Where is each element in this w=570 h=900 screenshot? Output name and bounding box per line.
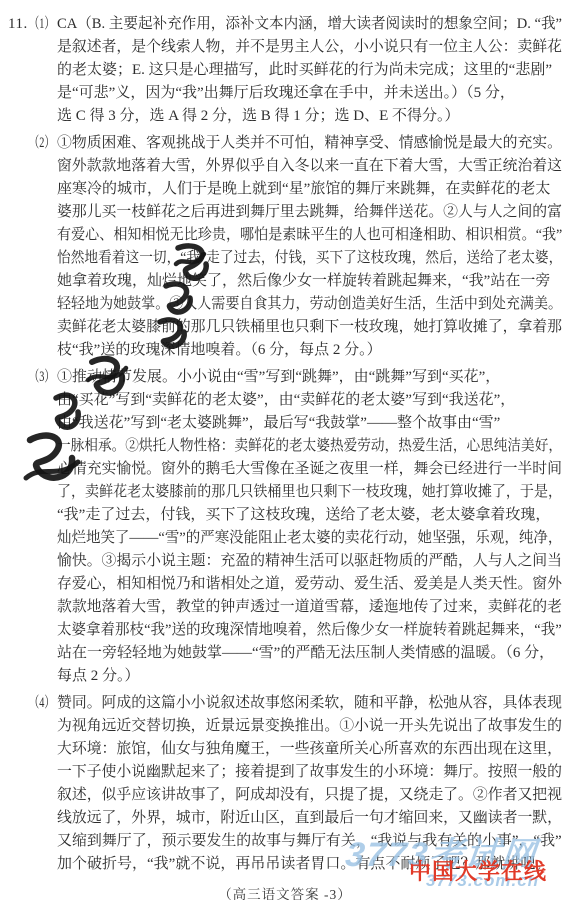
- text-line: 每点 2 分。）: [57, 665, 562, 688]
- text-line: 是“可悲”义，因为“我”出舞厅后玫瑰还拿在手中，并未送出。）（5 分，: [57, 82, 562, 105]
- scanned-answer-page: 11. （1）CA（B. 主要起补充作用，添补文本内涵，增大读者阅读时的想象空间…: [0, 0, 570, 900]
- handwritten-stamp-icon: [18, 240, 218, 490]
- answer-item: （1）CA（B. 主要起补充作用，添补文本内涵，增大读者阅读时的想象空间；D. …: [57, 13, 562, 128]
- text-line: 的老太婆；E. 这只是心理描写，此时买鲜花的行为尚未完成；这里的“悲剧”: [57, 59, 562, 82]
- text-line: 赞同。阿成的这篇小小说叙述故事悠闲柔软，随和平静，松弛从容，具体表现: [57, 692, 557, 715]
- item-label: （4）: [29, 692, 47, 715]
- text-line: ①物质困难、客观挑战于人类并不可怕，精神享受、情感愉悦是最大的充实。: [57, 132, 557, 155]
- text-line: 选 C 得 3 分，选 A 得 2 分，选 B 得 1 分；选 D、E 不得分。…: [57, 105, 562, 128]
- item-label: （2）: [29, 132, 47, 155]
- text-line: 座寒冷的城市，人们于是晚上就到“星”旅馆的舞厅来跳舞，在卖鲜花的老太: [57, 178, 562, 201]
- text-line: 大环境：旅馆，仙女与独角魔王，一些孩童所关心所喜欢的东西出现在这里，: [57, 738, 557, 761]
- text-line: 为视角远近交替切换，近景远景变换推出。①小说一开头先说出了故事发生的: [57, 715, 557, 738]
- item-label: （1）: [29, 13, 47, 36]
- text-line: 叙述，似乎应该讲故事了，阿成却没有，只提了提，又绕走了。②作者又把视: [57, 784, 557, 807]
- text-line: 太婆拿着那枝“我”送的玫瑰深情地嗅着，然后像少女一样旋转着跳起舞来，“我”: [57, 619, 546, 642]
- text-line: 站在一旁轻轻地为她鼓掌——“雪”的严酷无法压制人类情感的温暖。（6 分，: [57, 642, 562, 665]
- text-line: 愉快。③揭示小说主题：充盈的精神生活可以驱赶物质的严酷，人与人之间当: [57, 550, 557, 573]
- question-number: 11.: [8, 13, 28, 36]
- watermark-overlay-text: 中国大学在线: [409, 855, 547, 886]
- text-line: 存爱心，相知相悦乃和谐相处之道，爱劳动、爱生活、爱美是人类天性。窗外: [57, 573, 557, 596]
- text-line: 是叙述者，是个线索人物，并不是男主人公，小小说只有一位主人公：卖鲜花: [57, 36, 557, 59]
- text-line: 婆那儿买一枝鲜花之后再进到舞厅里去跳舞，给舞伴送花。②人与人之间的富: [57, 201, 557, 224]
- text-line: 窗外款款地落着大雪，外界似乎自入冬以来一直在下着大雪，大雪正统治着这: [57, 155, 557, 178]
- text-line: 款款地落着大雪，教堂的钟声透过一道道雪幕，逶迤地传了过来，卖鲜花的老: [57, 596, 557, 619]
- text-line: 一下子使小说幽默起来了；接着提到了故事发生的小环境：舞厅。按照一般的: [57, 761, 557, 784]
- text-line: “我”走了过去，付钱，买下了这枝玫瑰，送给了老太婆，老太婆拿着玫瑰，: [57, 504, 562, 527]
- text-line: 灿烂地笑了——“雪”的严寒没能阻止老太婆的卖花行动，她坚强，乐观，纯净，: [57, 527, 545, 550]
- text-line: CA（B. 主要起补充作用，添补文本内涵，增大读者阅读时的想象空间；D. “我”: [57, 13, 547, 36]
